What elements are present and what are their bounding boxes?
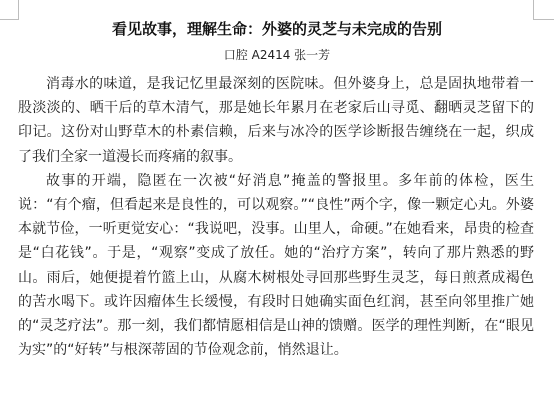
document-body: 消毒水的味道，是我记忆里最深刻的医院味。但外婆身上，总是固执地带着一股淡淡的、晒… (18, 72, 534, 362)
paragraph: 故事的开端，隐匿在一次被“好消息”掩盖的警报里。多年前的体检，医生说：“有个瘤，… (18, 169, 534, 363)
document-title: 看见故事，理解生命：外婆的灵芝与未完成的告别 (0, 19, 554, 39)
paragraph: 消毒水的味道，是我记忆里最深刻的医院味。但外婆身上，总是固执地带着一股淡淡的、晒… (18, 72, 534, 169)
page-corner-mark-top-right (533, 0, 554, 20)
author-byline: 口腔 A2414 张一芳 (0, 47, 554, 63)
page-corner-mark-top-left (0, 0, 19, 20)
